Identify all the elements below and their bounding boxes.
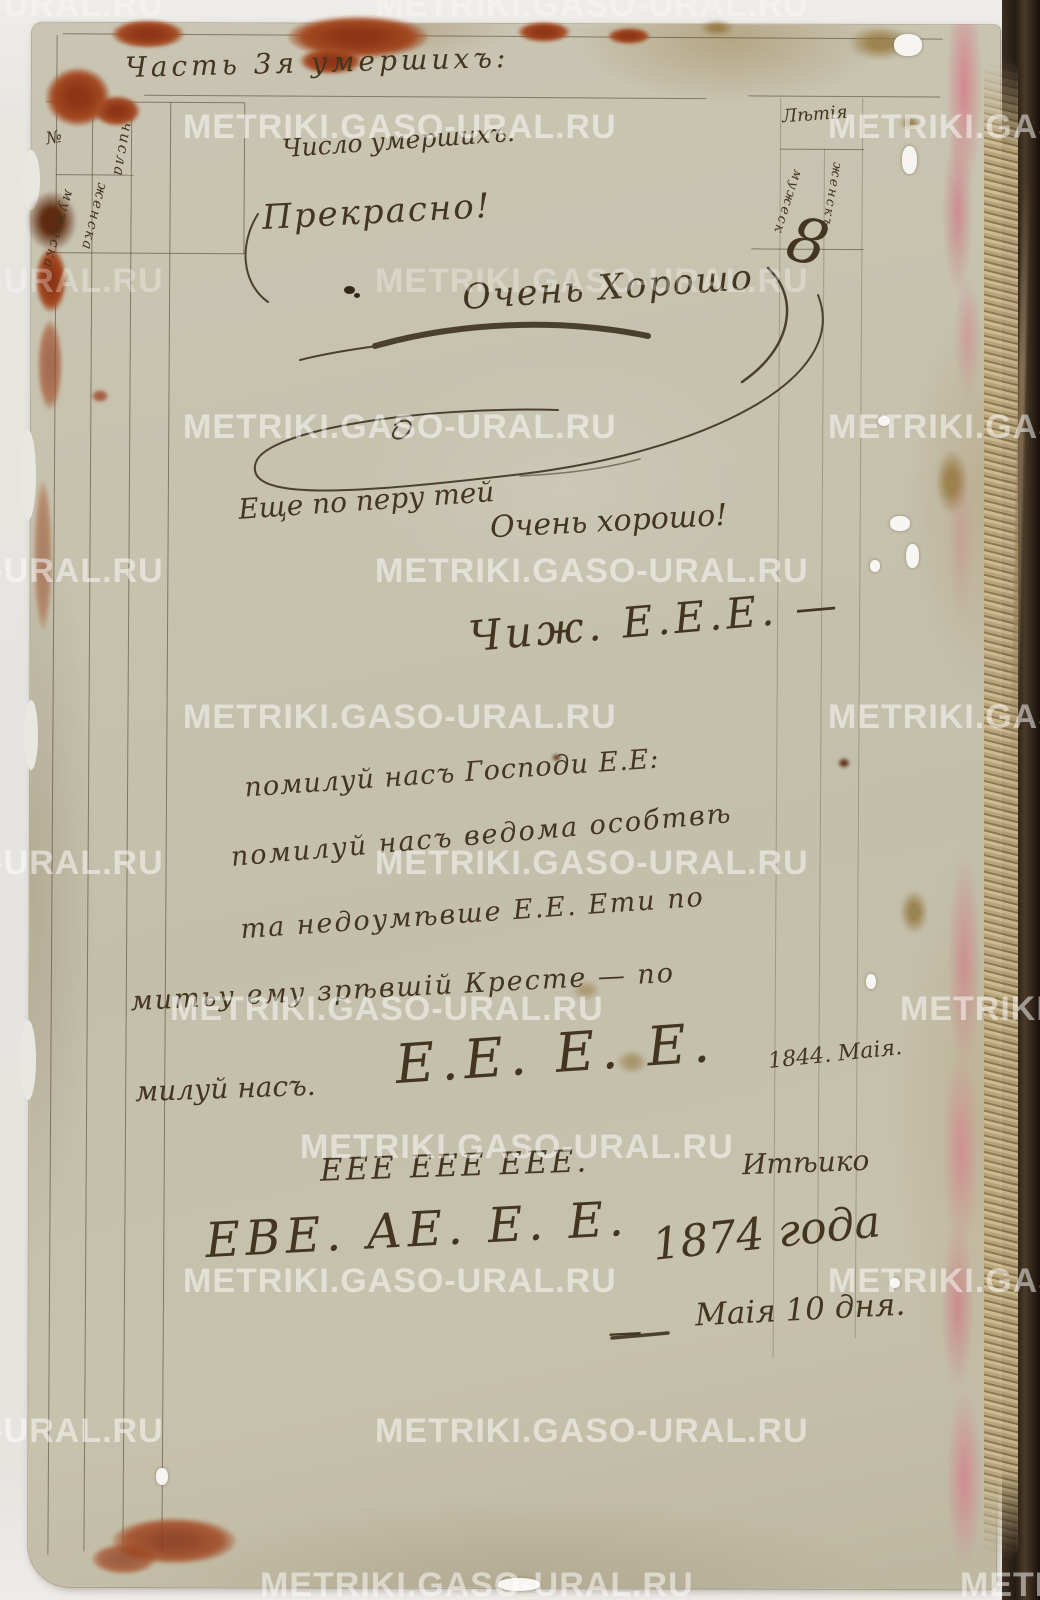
watermark-text: METRIKI.GASO-URAL.RU	[0, 262, 164, 301]
watermark-text: METRIKI.GASO-URAL.RU	[828, 108, 1040, 147]
watermark-text: METRIKI.GASO-URAL.RU	[375, 552, 809, 591]
watermark-text: METRIKI.GASO-URAL.RU	[960, 1566, 1040, 1600]
watermark-text: METRIKI.GASO-URAL.RU	[0, 0, 164, 25]
watermark-text: METRIKI.GASO-URAL.RU	[300, 1128, 734, 1167]
watermark-text: METRIKI.GASO-URAL.RU	[260, 1566, 694, 1600]
watermark-text: METRIKI.GASO-URAL.RU	[0, 552, 164, 591]
watermark-text: METRIKI.GASO-URAL.RU	[183, 698, 617, 737]
watermark-text: METRIKI.GASO-URAL.RU	[183, 108, 617, 147]
watermark-text: METRIKI.GASO-URAL.RU	[170, 990, 604, 1029]
watermark-text: METRIKI.GASO-URAL.RU	[183, 408, 617, 447]
ink-flourishes	[0, 0, 1040, 1600]
watermark-text: METRIKI.GASO-URAL.RU	[828, 408, 1040, 447]
watermark-text: METRIKI.GASO-URAL.RU	[900, 990, 1040, 1029]
watermark-text: METRIKI.GASO-URAL.RU	[375, 1412, 809, 1451]
archival-photo: Часть 3я умершихъ: Число умершихъ. № чис…	[0, 0, 1040, 1600]
watermark-text: METRIKI.GASO-URAL.RU	[375, 0, 809, 25]
watermark-text: METRIKI.GASO-URAL.RU	[183, 1262, 617, 1301]
watermark-text: METRIKI.GASO-URAL.RU	[375, 844, 809, 883]
watermark-text: METRIKI.GASO-URAL.RU	[375, 262, 809, 301]
watermark-text: METRIKI.GASO-URAL.RU	[0, 1412, 164, 1451]
watermark-text: METRIKI.GASO-URAL.RU	[828, 698, 1040, 737]
watermark-text: METRIKI.GASO-URAL.RU	[828, 1262, 1040, 1301]
frayed-binding-threads	[984, 60, 1018, 1560]
watermark-text: METRIKI.GASO-URAL.RU	[0, 844, 164, 883]
